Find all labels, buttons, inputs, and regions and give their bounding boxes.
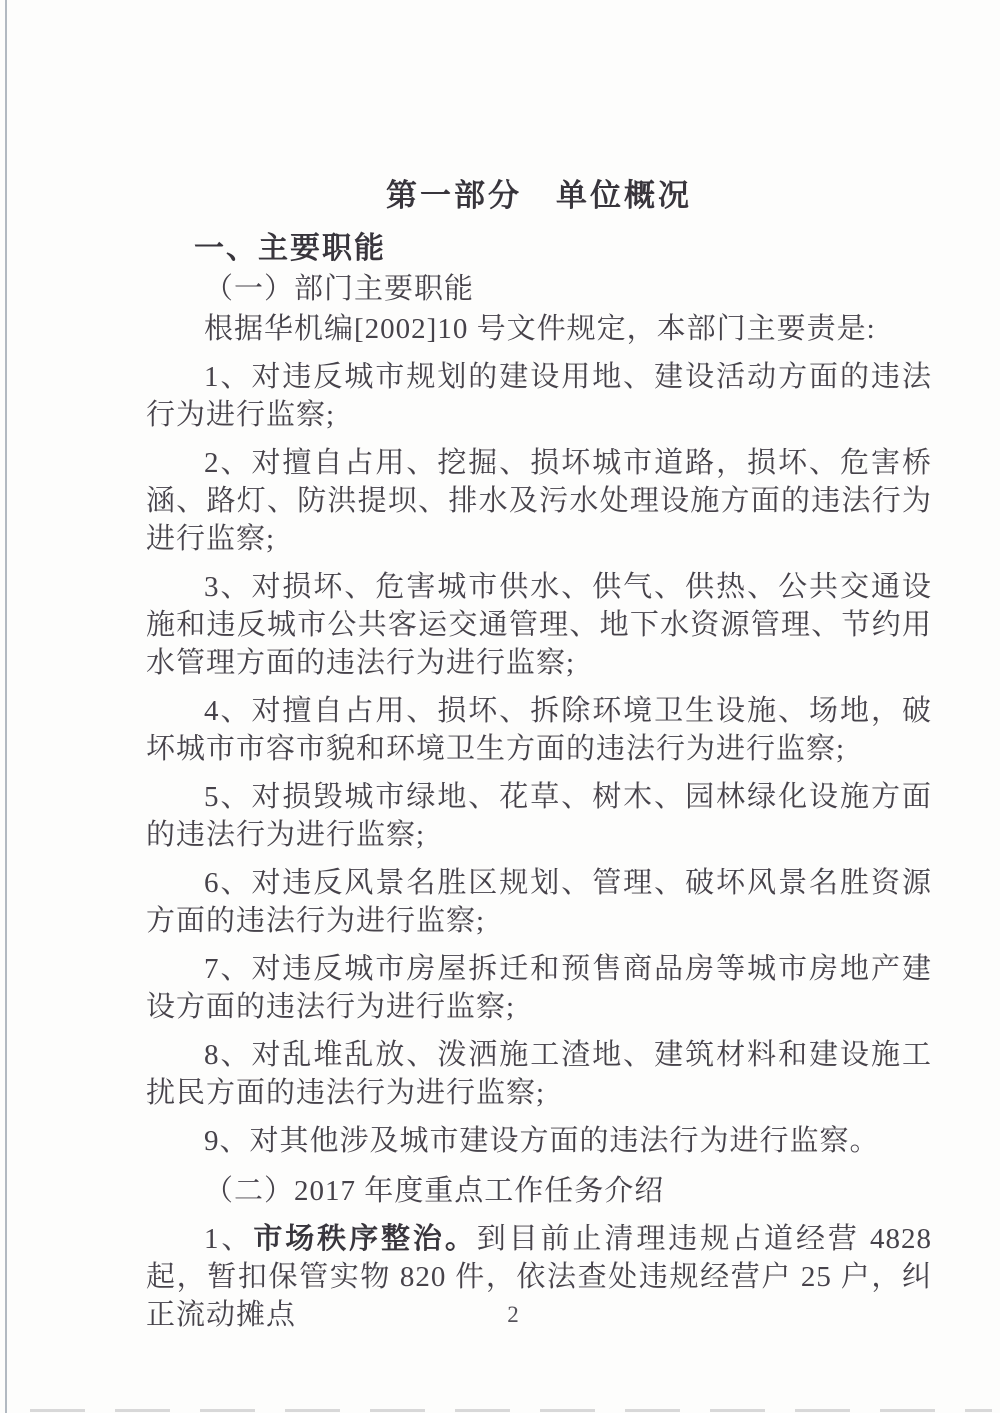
task-number: 1、: [204, 1223, 253, 1255]
subsection-heading-department-functions: （一）部门主要职能: [146, 270, 932, 308]
duty-item-3: 3、对损坏、危害城市供水、供气、供热、公共交通设施和违反城市公共客运交通管理、地…: [146, 568, 932, 682]
duty-item-9: 9、对其他涉及城市建设方面的违法行为进行监察。: [146, 1122, 932, 1160]
page-title: 第一部分 单位概况: [146, 176, 932, 216]
page-number: 2: [507, 1302, 519, 1328]
intro-paragraph: 根据华机编[2002]10 号文件规定，本部门主要责是:: [146, 310, 932, 348]
page-content: 第一部分 单位概况 一、主要职能 （一）部门主要职能 根据华机编[2002]10…: [146, 176, 932, 1334]
duty-item-8: 8、对乱堆乱放、泼洒施工渣地、建筑材料和建设施工扰民方面的违法行为进行监察;: [146, 1036, 932, 1112]
duty-item-5: 5、对损毁城市绿地、花草、树木、园林绿化设施方面的违法行为进行监察;: [146, 778, 932, 854]
duty-item-1: 1、对违反城市规划的建设用地、建设活动方面的违法行为进行监察;: [146, 358, 932, 434]
task-title-bold: 市场秩序整治。: [253, 1223, 476, 1255]
task-paragraph: 1、市场秩序整治。到目前止清理违规占道经营 4828 起，暂扣保管实物 820 …: [146, 1220, 932, 1334]
scan-edge-artifact: [5, 0, 7, 1413]
section-heading-main-functions: 一、主要职能: [146, 230, 932, 268]
duty-item-4: 4、对擅自占用、损坏、拆除环境卫生设施、场地，破坏城市市容市貌和环境卫生方面的违…: [146, 692, 932, 768]
document-page: 第一部分 单位概况 一、主要职能 （一）部门主要职能 根据华机编[2002]10…: [0, 0, 1000, 1413]
duty-item-7: 7、对违反城市房屋拆迁和预售商品房等城市房地产建设方面的违法行为进行监察;: [146, 950, 932, 1026]
subsection-heading-2017-tasks: （二）2017 年度重点工作任务介绍: [146, 1172, 932, 1210]
duty-item-6: 6、对违反风景名胜区规划、管理、破坏风景名胜资源方面的违法行为进行监察;: [146, 864, 932, 940]
scan-bottom-artifact: [30, 1409, 992, 1412]
duty-item-2: 2、对擅自占用、挖掘、损坏城市道路，损坏、危害桥涵、路灯、防洪提坝、排水及污水处…: [146, 444, 932, 558]
